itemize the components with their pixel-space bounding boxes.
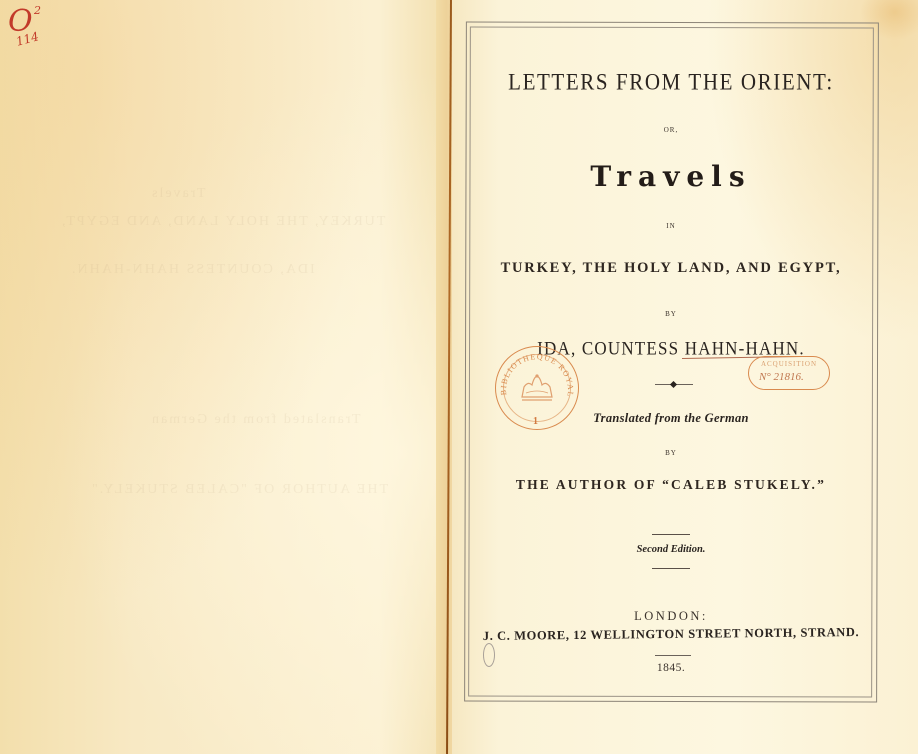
shelfmark-superscript: 2 bbox=[34, 4, 41, 17]
imprint-year: 1845. bbox=[469, 662, 873, 674]
book-subtitle: Travels bbox=[469, 160, 873, 193]
acquisition-number: N° 21816. bbox=[759, 371, 804, 383]
by-connector-2: BY bbox=[469, 449, 873, 457]
or-connector: OR, bbox=[469, 126, 873, 134]
translator-line: THE AUTHOR OF “CALEB STUKELY.” bbox=[469, 477, 873, 493]
bleed-through-text: Travels bbox=[150, 186, 206, 202]
bleed-through-text: THE AUTHOR OF "CALEB STUKELY." bbox=[90, 482, 388, 498]
pencil-mark bbox=[483, 643, 495, 667]
bleed-through-text: IDA, COUNTESS HAHN-HAHN. bbox=[70, 262, 315, 278]
acquisition-stamp: ACQUISITION N° 21816. bbox=[748, 356, 830, 390]
places-line: TURKEY, THE HOLY LAND, AND EGYPT, bbox=[469, 260, 873, 277]
acquisition-label: ACQUISITION bbox=[749, 360, 829, 368]
bleed-through-text: Translated from the German bbox=[150, 412, 361, 428]
by-connector: BY bbox=[469, 310, 873, 318]
crown-icon bbox=[518, 373, 556, 403]
divider-rule bbox=[652, 534, 690, 535]
divider-rule bbox=[655, 655, 691, 656]
imprint-city: LONDON: bbox=[469, 609, 873, 624]
bleed-through-text: TURKEY, THE HOLY LAND, AND EGYPT, bbox=[60, 214, 385, 230]
divider-rule bbox=[652, 568, 690, 569]
book-spread: Travels TURKEY, THE HOLY LAND, AND EGYPT… bbox=[0, 0, 918, 754]
library-stamp-number: 1 bbox=[533, 416, 538, 427]
book-title: LETTERS FROM THE ORIENT: bbox=[469, 69, 873, 96]
left-page: Travels TURKEY, THE HOLY LAND, AND EGYPT… bbox=[0, 0, 446, 754]
edition-line: Second Edition. bbox=[469, 544, 873, 555]
in-connector: IN bbox=[469, 222, 873, 230]
